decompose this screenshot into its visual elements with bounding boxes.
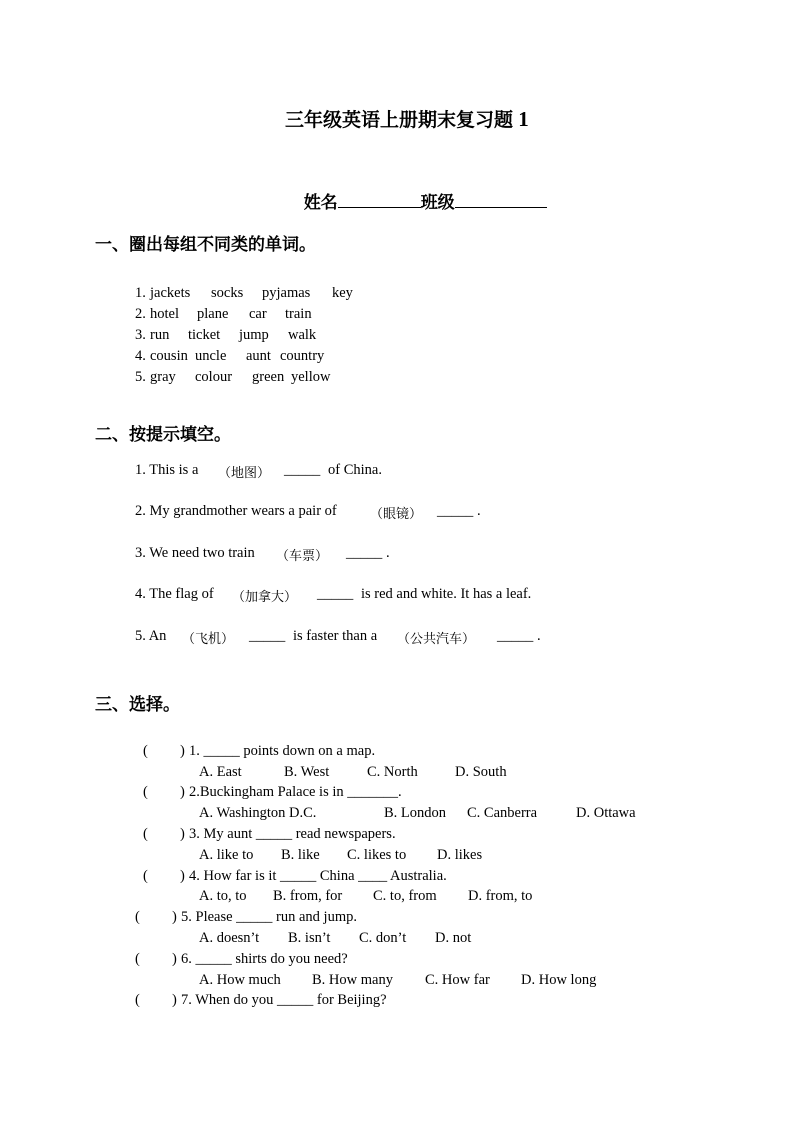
word-option[interactable]: cousin (150, 348, 188, 365)
section-3-heading: 三、选择。 (95, 690, 180, 715)
question-text: 6. _____ shirts do you need? (181, 951, 348, 968)
choice-option[interactable]: C. North (367, 764, 418, 781)
chinese-hint: （加拿大） (232, 586, 297, 605)
name-label: 姓名 (304, 193, 338, 213)
choice-option[interactable]: A. How much (199, 972, 281, 989)
question-text: 2.Buckingham Palace is in _______. (189, 784, 402, 801)
word-option[interactable]: key (332, 285, 353, 302)
answer-blank[interactable]: _____ (437, 503, 473, 520)
word-option[interactable]: colour (195, 369, 232, 386)
question-text: is red and white. It has a leaf. (361, 586, 531, 603)
answer-paren-open[interactable]: ( (143, 784, 148, 801)
name-class-row: 姓名班级 (280, 168, 547, 233)
worksheet-page: 三年级英语上册期末复习题 1 姓名班级 一、圈出每组不同类的单词。 1. jac… (0, 0, 793, 1122)
choice-option[interactable]: C. to, from (373, 888, 437, 905)
section-2-heading: 二、按提示填空。 (95, 420, 231, 445)
word-option[interactable]: green (252, 369, 284, 386)
word-option[interactable]: car (249, 306, 267, 323)
choice-option[interactable]: D. Ottawa (576, 805, 636, 822)
section-1-heading: 一、圈出每组不同类的单词。 (95, 230, 316, 255)
choice-option[interactable]: B. West (284, 764, 329, 781)
answer-blank[interactable]: _____ (317, 586, 353, 603)
answer-blank[interactable]: _____ (249, 628, 285, 645)
answer-paren-close: ) (180, 826, 185, 843)
answer-blank[interactable]: _____ (497, 628, 533, 645)
word-option[interactable]: uncle (195, 348, 226, 365)
word-option[interactable]: hotel (150, 306, 179, 323)
answer-blank[interactable]: _____ (346, 545, 382, 562)
choice-option[interactable]: D. South (455, 764, 507, 781)
choice-option[interactable]: C. Canberra (467, 805, 537, 822)
choice-option[interactable]: C. don’t (359, 930, 406, 947)
choice-option[interactable]: B. like (281, 847, 320, 864)
choice-option[interactable]: A. doesn’t (199, 930, 259, 947)
question-text: 7. When do you _____ for Beijing? (181, 992, 387, 1009)
word-option[interactable]: aunt (246, 348, 271, 365)
title-number: 1 (513, 107, 529, 131)
chinese-hint: （车票） (276, 545, 328, 564)
question-text: 5. An (135, 628, 166, 645)
word-option[interactable]: plane (197, 306, 228, 323)
choice-option[interactable]: B. How many (312, 972, 393, 989)
question-text: 1. This is a (135, 462, 198, 479)
question-text: 2. My grandmother wears a pair of (135, 503, 337, 520)
choice-option[interactable]: C. How far (425, 972, 490, 989)
question-text: . (386, 545, 390, 562)
question-text: . (537, 628, 541, 645)
word-option[interactable]: jump (239, 327, 269, 344)
answer-paren-open[interactable]: ( (135, 951, 140, 968)
word-option[interactable]: country (280, 348, 324, 365)
choice-option[interactable]: D. from, to (468, 888, 532, 905)
answer-blank[interactable]: _____ (284, 462, 320, 479)
list-item-number: 3. (135, 327, 146, 344)
class-label: 班级 (421, 193, 455, 213)
answer-paren-open[interactable]: ( (143, 826, 148, 843)
chinese-hint: （公共汽车） (397, 628, 475, 647)
choice-option[interactable]: B. London (384, 805, 446, 822)
word-option[interactable]: jackets (150, 285, 190, 302)
word-option[interactable]: gray (150, 369, 176, 386)
question-text: . (477, 503, 481, 520)
choice-option[interactable]: A. like to (199, 847, 253, 864)
class-field[interactable] (455, 189, 547, 208)
choice-option[interactable]: A. Washington D.C. (199, 805, 316, 822)
answer-paren-open[interactable]: ( (135, 909, 140, 926)
word-option[interactable]: ticket (188, 327, 220, 344)
answer-paren-close: ) (172, 909, 177, 926)
word-option[interactable]: socks (211, 285, 243, 302)
answer-paren-close: ) (172, 951, 177, 968)
word-option[interactable]: pyjamas (262, 285, 310, 302)
question-text: 3. My aunt _____ read newspapers. (189, 826, 396, 843)
answer-paren-close: ) (172, 992, 177, 1009)
list-item-number: 2. (135, 306, 146, 323)
word-option[interactable]: yellow (291, 369, 330, 386)
question-text: is faster than a (293, 628, 377, 645)
question-text: 5. Please _____ run and jump. (181, 909, 357, 926)
chinese-hint: （地图） (218, 462, 270, 481)
choice-option[interactable]: B. isn’t (288, 930, 330, 947)
answer-paren-close: ) (180, 743, 185, 760)
question-text: 1. _____ points down on a map. (189, 743, 375, 760)
answer-paren-open[interactable]: ( (143, 868, 148, 885)
answer-paren-open[interactable]: ( (135, 992, 140, 1009)
list-item-number: 4. (135, 348, 146, 365)
word-option[interactable]: train (285, 306, 312, 323)
question-text: 4. The flag of (135, 586, 214, 603)
list-item-number: 1. (135, 285, 146, 302)
word-option[interactable]: run (150, 327, 169, 344)
answer-paren-open[interactable]: ( (143, 743, 148, 760)
question-text: 4. How far is it _____ China ____ Austra… (189, 868, 447, 885)
choice-option[interactable]: A. East (199, 764, 242, 781)
choice-option[interactable]: C. likes to (347, 847, 406, 864)
answer-paren-close: ) (180, 868, 185, 885)
question-text: of China. (328, 462, 382, 479)
choice-option[interactable]: B. from, for (273, 888, 342, 905)
chinese-hint: （飞机） (182, 628, 234, 647)
word-option[interactable]: walk (288, 327, 316, 344)
question-text: 3. We need two train (135, 545, 255, 562)
choice-option[interactable]: D. likes (437, 847, 482, 864)
choice-option[interactable]: D. not (435, 930, 471, 947)
name-field[interactable] (338, 189, 421, 208)
title-text: 三年级英语上册期末复习题 (285, 109, 513, 131)
list-item-number: 5. (135, 369, 146, 386)
choice-option[interactable]: D. How long (521, 972, 596, 989)
choice-option[interactable]: A. to, to (199, 888, 247, 905)
answer-paren-close: ) (180, 784, 185, 801)
chinese-hint: （眼镜） (370, 503, 422, 522)
page-title: 三年级英语上册期末复习题 1 (285, 105, 529, 132)
